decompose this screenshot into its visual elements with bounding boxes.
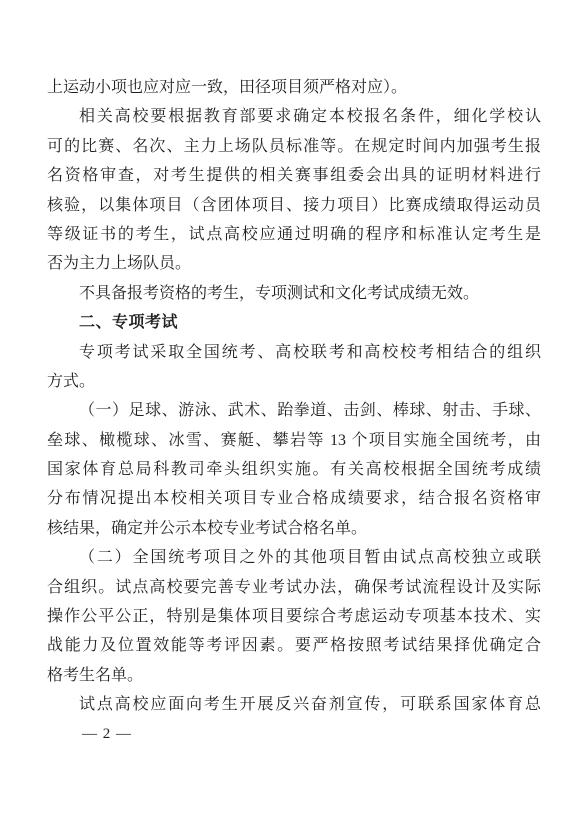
- page-number: — 2 —: [82, 726, 132, 742]
- text-line: 上运动小项也应对应一致，田径项目须严格对应）。: [47, 73, 541, 102]
- text-line: 垒球、橄榄球、冰雪、赛艇、攀岩等 13 个项目实施全国统考，由: [47, 426, 541, 455]
- text-line: 格考生名单。: [47, 661, 541, 690]
- section-heading: 二、专项考试: [47, 308, 541, 337]
- text-line: 合组织。试点高校要完善专业考试办法，确保考试流程设计及实际: [47, 573, 541, 602]
- text-line: 等级证书的考生，试点高校应通过明确的程序和标准认定考生是: [47, 220, 541, 249]
- text-line: 国家体育总局科教司牵头组织实施。有关高校根据全国统考成绩: [47, 455, 541, 484]
- text-line: 可的比赛、名次、主力上场队员标准等。在规定时间内加强考生报: [47, 132, 541, 161]
- page-footer: — 2 —: [82, 726, 132, 743]
- text-line: 方式。: [47, 367, 541, 396]
- text-line: 否为主力上场队员。: [47, 249, 541, 278]
- text-line: 核验，以集体项目（含团体项目、接力项目）比赛成绩取得运动员: [47, 191, 541, 220]
- text-line: （一）足球、游泳、武术、跆拳道、击剑、棒球、射击、手球、: [47, 396, 541, 425]
- document-body: 上运动小项也应对应一致，田径项目须严格对应）。相关高校要根据教育部要求确定本校报…: [47, 73, 541, 720]
- document-page: 上运动小项也应对应一致，田径项目须严格对应）。相关高校要根据教育部要求确定本校报…: [0, 0, 588, 815]
- text-line: 操作公平公正，特别是集体项目要综合考虑运动专项基本技术、实: [47, 602, 541, 631]
- text-line: （二）全国统考项目之外的其他项目暂由试点高校独立或联: [47, 543, 541, 572]
- text-line: 相关高校要根据教育部要求确定本校报名条件，细化学校认: [47, 102, 541, 131]
- text-line: 不具备报考资格的考生，专项测试和文化考试成绩无效。: [47, 279, 541, 308]
- text-line: 战能力及位置效能等考评因素。要严格按照考试结果择优确定合: [47, 631, 541, 660]
- text-line: 专项考试采取全国统考、高校联考和高校校考相结合的组织: [47, 338, 541, 367]
- text-line: 核结果，确定并公示本校专业考试合格名单。: [47, 514, 541, 543]
- text-line: 试点高校应面向考生开展反兴奋剂宣传，可联系国家体育总: [47, 690, 541, 719]
- text-line: 分布情况提出本校相关项目专业合格成绩要求，结合报名资格审: [47, 484, 541, 513]
- text-line: 名资格审查，对考生提供的相关赛事组委会出具的证明材料进行: [47, 161, 541, 190]
